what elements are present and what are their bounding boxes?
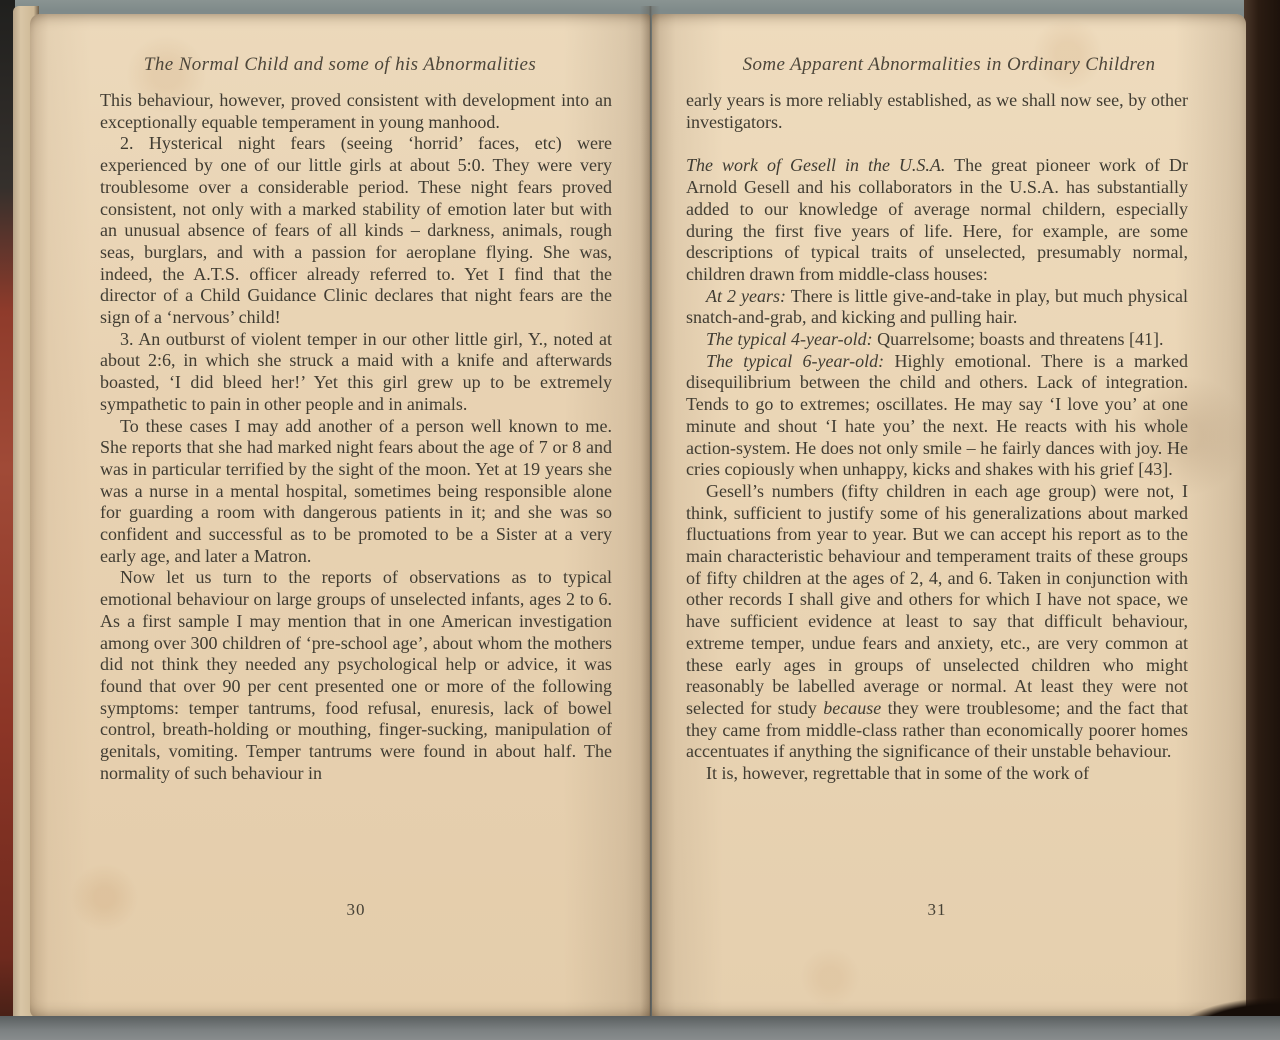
paragraph: Gesell’s numbers (fifty children in each… (686, 481, 1188, 763)
italic-text-segment: The typical 6-year-old: (706, 351, 884, 371)
page-gutter-shadow (640, 6, 660, 1034)
paragraph: Now let us turn to the reports of observ… (100, 567, 612, 784)
paragraph: This behaviour, however, proved consiste… (100, 90, 612, 133)
page-text-right: early years is more reliably established… (686, 90, 1188, 785)
text-segment: It is, however, regrettable that in some… (706, 763, 1089, 783)
paragraph: 3. An outburst of violent temper in our … (100, 329, 612, 416)
page-text-left: This behaviour, however, proved consiste… (100, 90, 612, 785)
italic-text-segment: The typical 4-year-old: (706, 329, 873, 349)
book-cover-dark-edge (1244, 0, 1280, 1040)
paragraph: 2. Hysterical night fears (seeing ‘horri… (100, 133, 612, 328)
italic-text-segment: because (823, 698, 881, 718)
running-head-right: Some Apparent Abnormalities in Ordinary … (652, 54, 1246, 76)
italic-text-segment: At 2 years: (706, 286, 786, 306)
paragraph: The typical 6-year-old: Highly emotional… (686, 351, 1188, 481)
italic-text-segment: The work of Gesell in the U.S.A. (686, 155, 945, 175)
text-segment: To these cases I may add another of a pe… (100, 416, 612, 566)
paragraph: It is, however, regrettable that in some… (686, 763, 1188, 785)
text-segment: Quarrelsome; boasts and threatens [41]. (873, 329, 1164, 349)
paragraph: At 2 years: There is little give-and-tak… (686, 286, 1188, 329)
page-number-left: 30 (100, 900, 612, 920)
book-scan: The Normal Child and some of his Abnorma… (0, 0, 1280, 1040)
paragraph: The typical 4-year-old: Quarrelsome; boa… (686, 329, 1188, 351)
paragraph: The work of Gesell in the U.S.A. The gre… (686, 155, 1188, 285)
text-segment: Gesell’s numbers (fifty children in each… (686, 481, 1188, 718)
scanner-background-bottom (0, 1016, 1280, 1040)
paragraph: To these cases I may add another of a pe… (100, 416, 612, 568)
text-segment: 2. Hysterical night fears (seeing ‘horri… (100, 133, 612, 327)
left-page: The Normal Child and some of his Abnorma… (30, 14, 650, 1018)
page-number-right: 31 (686, 900, 1188, 920)
text-segment: 3. An outburst of violent temper in our … (100, 329, 612, 414)
text-segment: early years is more reliably established… (686, 90, 1188, 132)
running-head-left: The Normal Child and some of his Abnorma… (30, 54, 650, 76)
paragraph: early years is more reliably established… (686, 90, 1188, 133)
right-page: Some Apparent Abnormalities in Ordinary … (652, 14, 1246, 1018)
text-segment: This behaviour, however, proved consiste… (100, 90, 612, 132)
text-segment: Now let us turn to the reports of observ… (100, 567, 612, 782)
